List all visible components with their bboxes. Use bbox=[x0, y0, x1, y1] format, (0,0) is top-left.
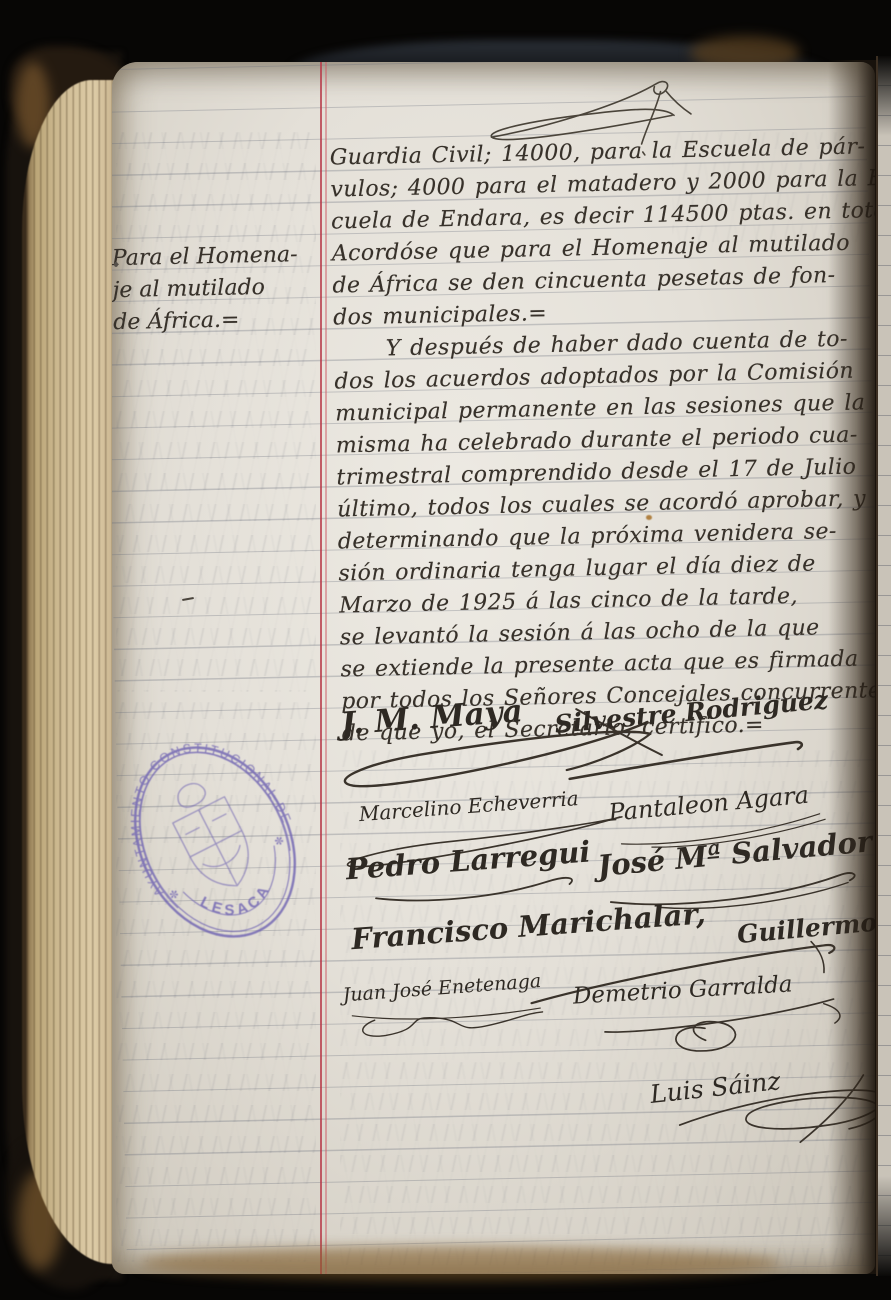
paper-speck bbox=[114, 262, 118, 267]
handwritten-content: Para el Homena- je al mutilado de África… bbox=[112, 62, 875, 1274]
signature-agara: Pantaleon Agara bbox=[607, 781, 810, 827]
signature-rubric bbox=[584, 992, 862, 1072]
body-text: Guardia Civil; 14000, para la Escuela de… bbox=[330, 131, 875, 750]
paper-speck bbox=[646, 515, 652, 520]
margin-note-line: je al mutilado bbox=[112, 271, 325, 307]
margin-note-line: de África.= bbox=[113, 303, 326, 339]
margin-note-line: Para el Homena- bbox=[112, 239, 324, 275]
signature-sainz: Luis Sáinz bbox=[649, 1066, 782, 1109]
scanned-minutes-photo: AYUNTAMIENTO CONSTITUCIONAL DE LESACA ✼ … bbox=[0, 0, 891, 1300]
next-page-edge bbox=[876, 56, 891, 1276]
signature-enetenaga: Juan José Enetenaga bbox=[342, 970, 542, 1007]
page-stack-edges bbox=[22, 80, 118, 1264]
manuscript-page: AYUNTAMIENTO CONSTITUCIONAL DE LESACA ✼ … bbox=[112, 62, 875, 1274]
page-bottom-smudge bbox=[140, 1246, 780, 1280]
gutter-shadow bbox=[828, 60, 876, 1274]
margin-note: Para el Homena- je al mutilado de África… bbox=[112, 239, 326, 339]
